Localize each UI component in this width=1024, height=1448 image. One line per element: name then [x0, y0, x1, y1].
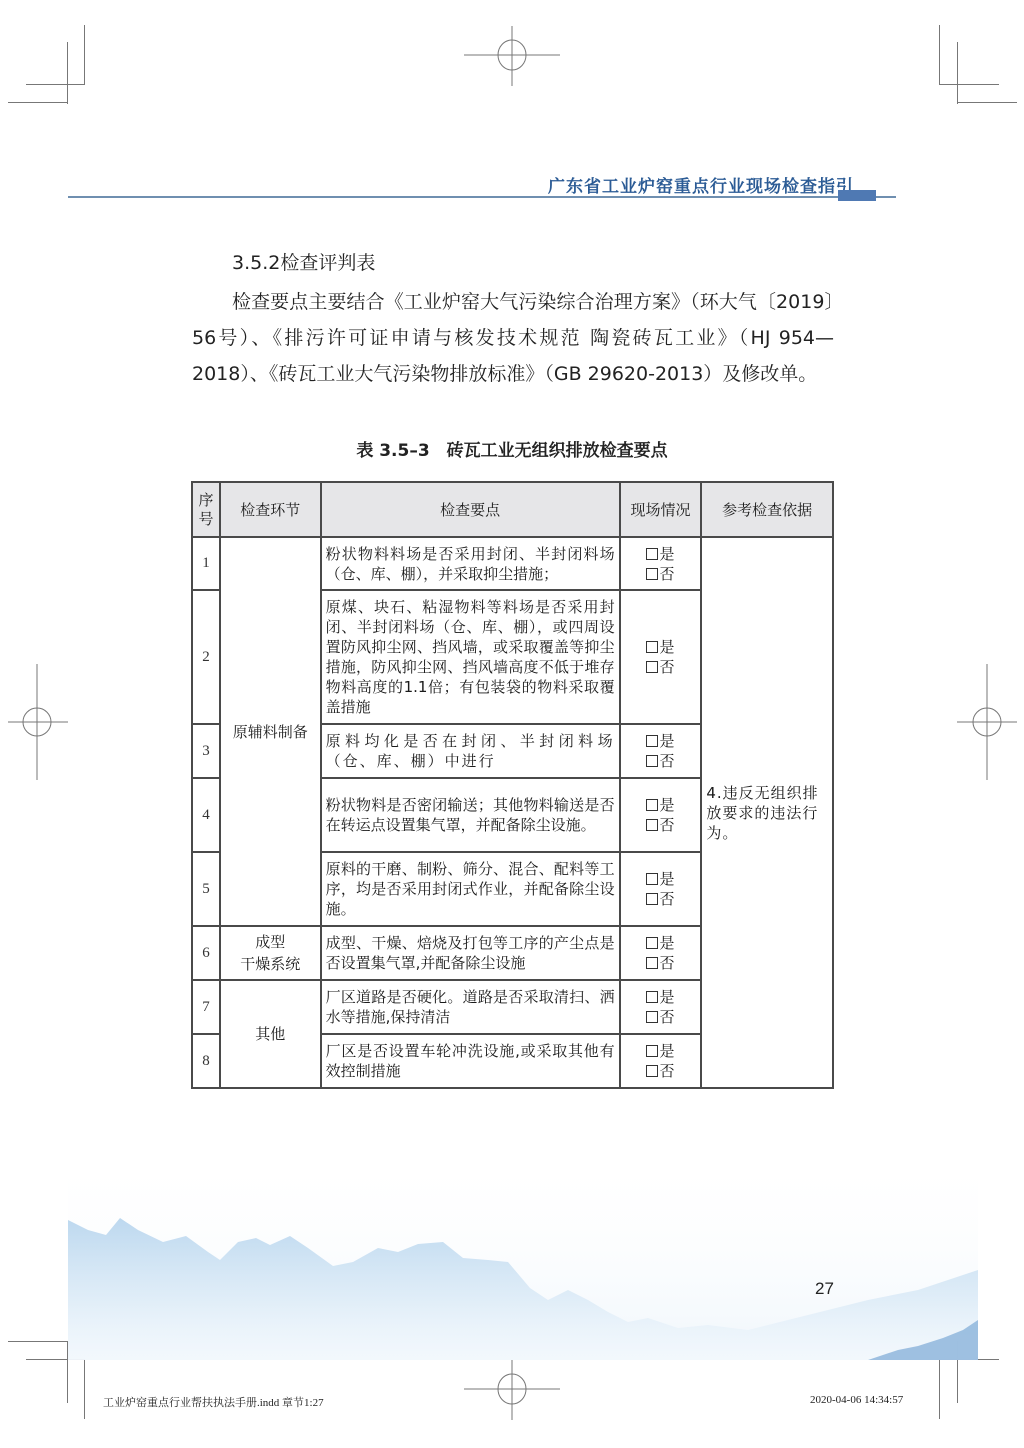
crop-mark [957, 42, 958, 104]
crop-mark [26, 84, 85, 85]
status-cell: 是 否 [620, 778, 702, 852]
page-number: 27 [815, 1279, 834, 1299]
inspection-point: 原料的干磨、制粉、筛分、混合、配料等工序，均是否采用封闭式作业，并配备除尘设施。 [321, 852, 620, 926]
status-cell: 是 否 [620, 1034, 702, 1088]
running-header: 广东省工业炉窑重点行业现场检查指引 [548, 172, 854, 197]
registration-mark-left [4, 662, 68, 782]
status-no-checkbox[interactable]: 否 [621, 564, 701, 584]
stage-raw-material: 原辅料制备 [220, 537, 321, 926]
checkbox-icon [646, 568, 658, 580]
status-no-checkbox[interactable]: 否 [621, 1061, 701, 1081]
status-yes-checkbox[interactable]: 是 [621, 795, 701, 815]
slug-filename: 工业炉窑重点行业帮扶执法手册.indd 章节1:27 [103, 1394, 324, 1410]
stage-forming-drying: 成型 干燥系统 [220, 926, 321, 980]
inspection-point: 原料均化是否在封闭、半封闭料场（仓、库、棚）中进行 [321, 724, 620, 778]
row-number: 5 [192, 852, 220, 926]
row-number: 7 [192, 980, 220, 1034]
status-cell: 是 否 [620, 852, 702, 926]
mountain-illustration [68, 1150, 978, 1360]
registration-mark-right [955, 662, 1019, 782]
header-stage: 检查环节 [220, 482, 321, 537]
header-status: 现场情况 [620, 482, 702, 537]
status-no-checkbox[interactable]: 否 [621, 889, 701, 909]
checkbox-icon [646, 1065, 658, 1077]
checkbox-icon [646, 799, 658, 811]
checkbox-icon [646, 937, 658, 949]
crop-mark [67, 42, 68, 104]
reference-basis: 4.违反无组织排放要求的违法行为。 [701, 537, 833, 1088]
crop-mark [939, 25, 940, 85]
header-accent-block [838, 190, 876, 201]
checkbox-icon [646, 819, 658, 831]
table-caption: 表 3.5–3 砖瓦工业无组织排放检查要点 [0, 436, 1024, 461]
status-cell: 是 否 [620, 980, 702, 1034]
section-title: 3.5.2检查评判表 [232, 248, 375, 275]
checkbox-icon [646, 893, 658, 905]
inspection-point: 粉状物料料场是否采用封闭、半封闭料场（仓、库、棚），并采取抑尘措施； [321, 537, 620, 590]
inspection-table: 序号 检查环节 检查要点 现场情况 参考检查依据 1 原辅料制备 粉状物料料场是… [191, 481, 834, 1089]
registration-mark-bottom [462, 1358, 562, 1422]
status-cell: 是 否 [620, 590, 702, 724]
status-yes-checkbox[interactable]: 是 [621, 637, 701, 657]
intro-paragraph: 检查要点主要结合《工业炉窑大气污染综合治理方案》（环大气〔2019〕56号）、《… [192, 284, 834, 392]
checkbox-icon [646, 1045, 658, 1057]
status-no-checkbox[interactable]: 否 [621, 953, 701, 973]
status-yes-checkbox[interactable]: 是 [621, 987, 701, 1007]
inspection-point: 成型、干燥、焙烧及打包等工序的产尘点是否设置集气罩,并配备除尘设施 [321, 926, 620, 980]
row-number: 6 [192, 926, 220, 980]
inspection-point: 厂区道路是否硬化。道路是否采取清扫、洒水等措施,保持清洁 [321, 980, 620, 1034]
crop-mark [84, 25, 85, 85]
status-no-checkbox[interactable]: 否 [621, 751, 701, 771]
status-cell: 是 否 [620, 537, 702, 590]
checkbox-icon [646, 991, 658, 1003]
inspection-point: 原煤、块石、粘湿物料等料场是否采用封闭、半封闭料场（仓、库、棚），或四周设置防风… [321, 590, 620, 724]
stage-other: 其他 [220, 980, 321, 1088]
table-header-row: 序号 检查环节 检查要点 现场情况 参考检查依据 [192, 482, 833, 537]
slug-timestamp: 2020-04-06 14:34:57 [810, 1394, 903, 1406]
status-no-checkbox[interactable]: 否 [621, 1007, 701, 1027]
checkbox-icon [646, 661, 658, 673]
status-cell: 是 否 [620, 724, 702, 778]
crop-mark [939, 1359, 940, 1419]
row-number: 8 [192, 1034, 220, 1088]
header-num: 序号 [192, 482, 220, 537]
checkbox-icon [646, 1011, 658, 1023]
row-number: 3 [192, 724, 220, 778]
status-yes-checkbox[interactable]: 是 [621, 731, 701, 751]
checkbox-icon [646, 548, 658, 560]
header-rule [68, 196, 896, 198]
checkbox-icon [646, 873, 658, 885]
row-number: 2 [192, 590, 220, 724]
checkbox-icon [646, 641, 658, 653]
crop-mark [8, 102, 68, 103]
status-yes-checkbox[interactable]: 是 [621, 869, 701, 889]
inspection-point: 厂区是否设置车轮冲洗设施,或采取其他有效控制措施 [321, 1034, 620, 1088]
table-row: 1 原辅料制备 粉状物料料场是否采用封闭、半封闭料场（仓、库、棚），并采取抑尘措… [192, 537, 833, 590]
registration-mark-top [462, 24, 562, 88]
crop-mark [8, 1341, 68, 1342]
row-number: 4 [192, 778, 220, 852]
status-cell: 是 否 [620, 926, 702, 980]
status-yes-checkbox[interactable]: 是 [621, 1041, 701, 1061]
crop-mark [957, 102, 1017, 103]
header-point: 检查要点 [321, 482, 620, 537]
inspection-point: 粉状物料是否密闭输送；其他物料输送是否在转运点设置集气罩，并配备除尘设施。 [321, 778, 620, 852]
status-no-checkbox[interactable]: 否 [621, 815, 701, 835]
crop-mark [939, 84, 999, 85]
status-no-checkbox[interactable]: 否 [621, 657, 701, 677]
checkbox-icon [646, 957, 658, 969]
status-yes-checkbox[interactable]: 是 [621, 544, 701, 564]
checkbox-icon [646, 735, 658, 747]
status-yes-checkbox[interactable]: 是 [621, 933, 701, 953]
checkbox-icon [646, 755, 658, 767]
row-number: 1 [192, 537, 220, 590]
header-basis: 参考检查依据 [701, 482, 833, 537]
crop-mark [84, 1359, 85, 1419]
